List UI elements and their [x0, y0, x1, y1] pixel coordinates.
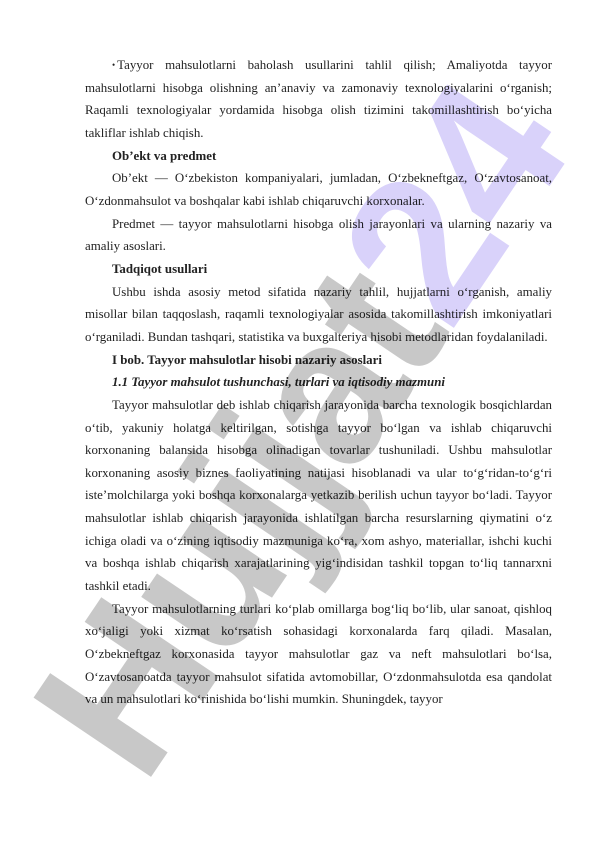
heading-research-methods: Tadqiqot usullari	[85, 258, 552, 281]
paragraph-subject: Predmet — tayyor mahsulotlarni hisobga o…	[85, 213, 552, 258]
section-heading: 1.1 Tayyor mahsulot tushunchasi, turlari…	[85, 371, 552, 394]
paragraph-object: Ob’ekt — O‘zbekiston kompaniyalari, juml…	[85, 167, 552, 212]
heading-object-subject: Ob’ekt va predmet	[85, 145, 552, 168]
paragraph-types: Tayyor mahsulotlarning turlari ko‘plab o…	[85, 598, 552, 711]
paragraph-definition: Tayyor mahsulotlar deb ishlab chiqarish …	[85, 394, 552, 598]
paragraph-methods: Ushbu ishda asosiy metod sifatida nazari…	[85, 281, 552, 349]
bullet-icon: •	[112, 60, 115, 70]
document-page: •Tayyor mahsulotlarni baholash usullarin…	[85, 54, 552, 711]
bullet-paragraph: •Tayyor mahsulotlarni baholash usullarin…	[85, 54, 552, 145]
chapter-heading: I bob. Tayyor mahsulotlar hisobi nazariy…	[85, 349, 552, 372]
